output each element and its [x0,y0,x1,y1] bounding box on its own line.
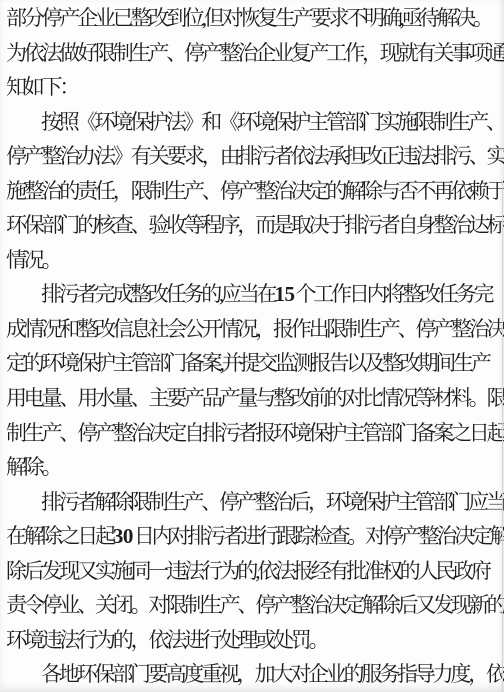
text-run: 成情况和整改信息社会公开情况，报作出限制生产、停产整治决 [6,317,504,341]
text-run: 按照《环境保护法》和《环境保护主管部门实施限制生产、 [41,110,504,134]
text-run: 排污者完成整改任务的,应当在 [41,282,274,306]
text-line: 知如下： [6,70,498,105]
text-run: 定的环境保护主管部门备案,并提交监测报告以及整改期间生产 [6,351,489,375]
text-line: 按照《环境保护法》和《环境保护主管部门实施限制生产、 [6,105,498,140]
text-run: 知如下： [6,75,77,99]
text-run: 排污者解除限制生产、停产整治后，环境保护主管部门应当 [41,490,504,514]
text-run: 制生产、停产整治决定自排污者报环境保护主管部门备案之日起 [6,421,504,445]
text-run: 停产整治办法》有关要求，由排污者依法承担改正违法排污、实 [6,144,504,168]
text-line: 为依法做好限制生产、停产整治企业复产工作，现就有关事项通 [6,36,498,71]
text-line: 成情况和整改信息社会公开情况，报作出限制生产、停产整治决 [6,312,498,347]
text-run: 部分停产企业已整改到位,但对恢复生产要求不明确,亟待解决。 [6,6,491,30]
document-page: 部分停产企业已整改到位,但对恢复生产要求不明确,亟待解决。为依法做好限制生产、停… [0,0,504,692]
text-line: 用电量、用水量、主要产品产量与整改前的对比情况等材料。限 [6,381,498,416]
text-line: 责令停业、关闭。对限制生产、停产整治决定解除后又发现新的 [6,588,498,623]
text-line: 在解除之日起30日内对排污者进行跟踪检查。对停产整治决定解 [6,519,498,554]
text-run: 环境违法行为的，依法进行处理或处罚。 [6,628,326,652]
text-line: 部分停产企业已整改到位,但对恢复生产要求不明确,亟待解决。 [6,1,498,36]
text-run: 日内对排污者进行跟踪检查。对停产整治决定解 [134,524,504,548]
text-run: 用电量、用水量、主要产品产量与整改前的对比情况等材料。限 [6,386,504,410]
text-line: 除后发现又实施同一违法行为的,依法报经有批准权的人民政府 [6,554,498,589]
text-run: 环保部门的核查、验收等程序，而是取决于排污者自身整治达标 [6,213,504,237]
text-line: 解除。 [6,450,498,485]
document-text: 部分停产企业已整改到位,但对恢复生产要求不明确,亟待解决。为依法做好限制生产、停… [0,0,504,692]
text-line: 施整治的责任，限制生产、停产整治决定的解除与否不再依赖于 [6,174,498,209]
text-line: 情况。 [6,243,498,278]
text-line: 环保部门的核查、验收等程序，而是取决于排污者自身整治达标 [6,208,498,243]
text-run: 在解除之日起 [6,524,113,548]
text-run: 个工作日内将整改任务完 [295,282,491,306]
text-line: 各地环保部门要高度重视，加大对企业的服务指导力度，依 [6,657,498,692]
number: 15 [274,282,295,306]
text-run: 为依法做好限制生产、停产整治企业复产工作，现就有关事项通 [6,41,504,65]
text-run: 解除。 [6,455,59,479]
text-line: 环境违法行为的，依法进行处理或处罚。 [6,623,498,658]
number: 30 [113,524,134,548]
text-line: 停产整治办法》有关要求，由排污者依法承担改正违法排污、实 [6,139,498,174]
text-line: 定的环境保护主管部门备案,并提交监测报告以及整改期间生产 [6,346,498,381]
text-run: 除后发现又实施同一违法行为的,依法报经有批准权的人民政府 [6,559,489,583]
text-line: 制生产、停产整治决定自排污者报环境保护主管部门备案之日起 [6,416,498,451]
text-run: 责令停业、关闭。对限制生产、停产整治决定解除后又发现新的 [6,593,504,617]
text-run: 各地环保部门要高度重视，加大对企业的服务指导力度，依 [41,662,504,686]
text-run: 情况。 [6,248,59,272]
text-run: 施整治的责任，限制生产、停产整治决定的解除与否不再依赖于 [6,179,504,203]
text-line: 排污者解除限制生产、停产整治后，环境保护主管部门应当 [6,485,498,520]
text-line: 排污者完成整改任务的,应当在15个工作日内将整改任务完 [6,277,498,312]
